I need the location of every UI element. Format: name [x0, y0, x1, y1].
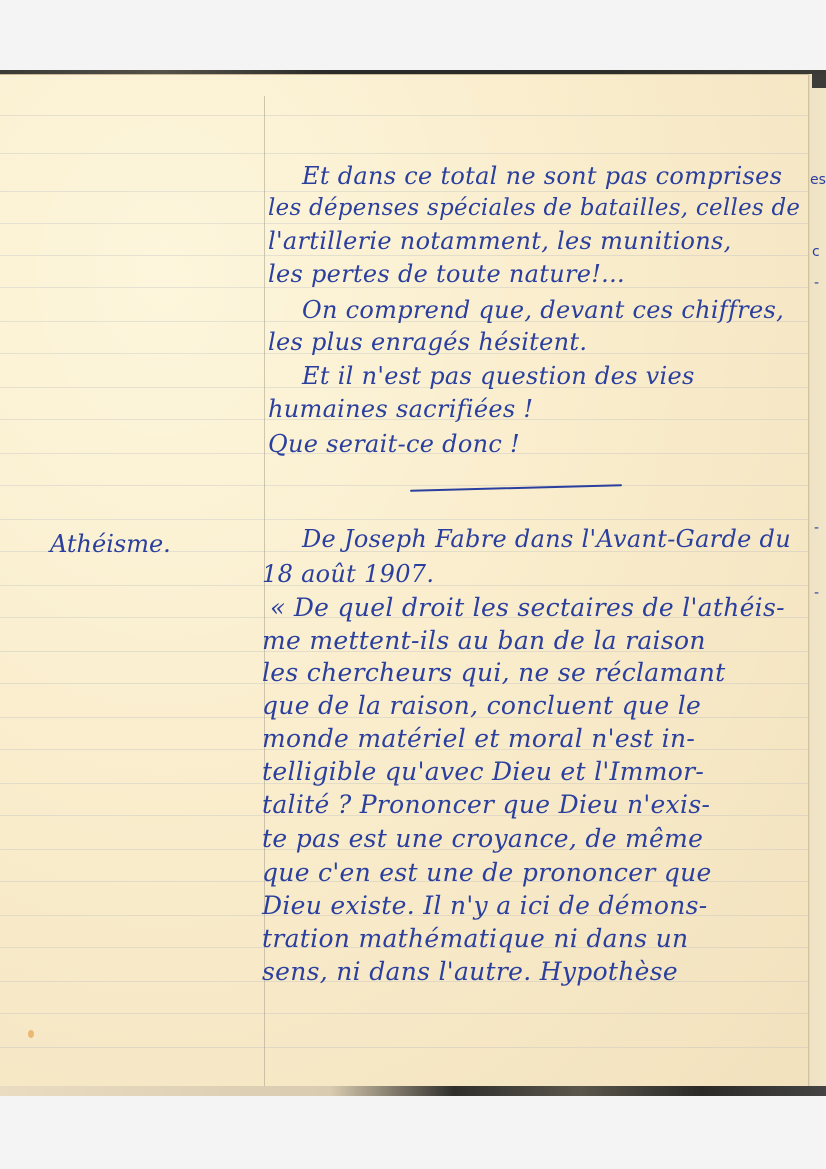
text-line: Dieu existe. Il n'y a ici de démons- [262, 893, 707, 918]
page-right-edge [808, 74, 826, 1092]
paper-stain [28, 1030, 34, 1038]
margin-note: Athéisme. [50, 530, 171, 558]
text-line: sens, ni dans l'autre. Hypothèse [262, 959, 678, 984]
text-line-underlined: te pas est une croyance, de même [262, 826, 703, 851]
ruled-line [0, 223, 808, 224]
text-line: telligible qu'avec Dieu et l'Immor- [262, 759, 704, 784]
edge-mark: - [814, 520, 819, 536]
edge-mark: - [814, 275, 819, 291]
text-line: « De quel droit les sectaires de l'athéi… [270, 595, 785, 620]
text-line: Et dans ce total ne sont pas comprises [302, 164, 782, 188]
edge-mark: es [810, 172, 826, 188]
text-line: De Joseph Fabre dans l'Avant-Garde du [302, 527, 791, 551]
text-line-underlined: talité ? Prononcer que Dieu n'exis- [262, 792, 710, 817]
ruled-line [0, 153, 808, 154]
underlined-text: pas est une croyance [296, 824, 569, 853]
edge-mark: c [812, 244, 820, 260]
text-line: me mettent-ils au ban de la raison [262, 628, 706, 653]
text-line: que c'en est une de prononcer que [262, 860, 712, 885]
text-line: l'artillerie notamment, les munitions, [268, 229, 732, 253]
ruled-line [0, 1013, 808, 1014]
text-line: tration mathématique ni dans un [262, 926, 688, 951]
text-line: les pertes de toute nature!... [268, 262, 625, 286]
underlined-text: Prononcer que Dieu n'exis- [360, 790, 710, 819]
edge-mark: - [814, 585, 819, 601]
text-segment: te [262, 824, 296, 853]
ruled-line [0, 519, 808, 520]
text-line: Et il n'est pas question des vies [302, 364, 695, 388]
text-line: humaines sacrifiées ! [268, 397, 533, 421]
text-line: que de la raison, concluent que le [262, 693, 701, 718]
text-line: On comprend que, devant ces chiffres, [302, 298, 784, 322]
text-segment: talité ? [262, 790, 360, 819]
ruled-line [0, 485, 808, 486]
text-line: 18 août 1907. [262, 562, 434, 586]
text-line: les chercheurs qui, ne se réclamant [262, 660, 725, 685]
page-corner-shadow [812, 74, 826, 88]
text-line: Que serait-ce donc ! [268, 432, 520, 456]
text-line: monde matériel et moral n'est in- [262, 726, 695, 751]
text-line: les plus enragés hésitent. [268, 330, 587, 354]
scan-bottom-edge [0, 1086, 826, 1096]
text-line: les dépenses spéciales de batailles, cel… [268, 197, 800, 220]
ruled-line [0, 255, 808, 256]
text-segment: , de même [569, 824, 703, 853]
ruled-line [0, 115, 808, 116]
ruled-line [0, 1047, 808, 1048]
ruled-line [0, 191, 808, 192]
